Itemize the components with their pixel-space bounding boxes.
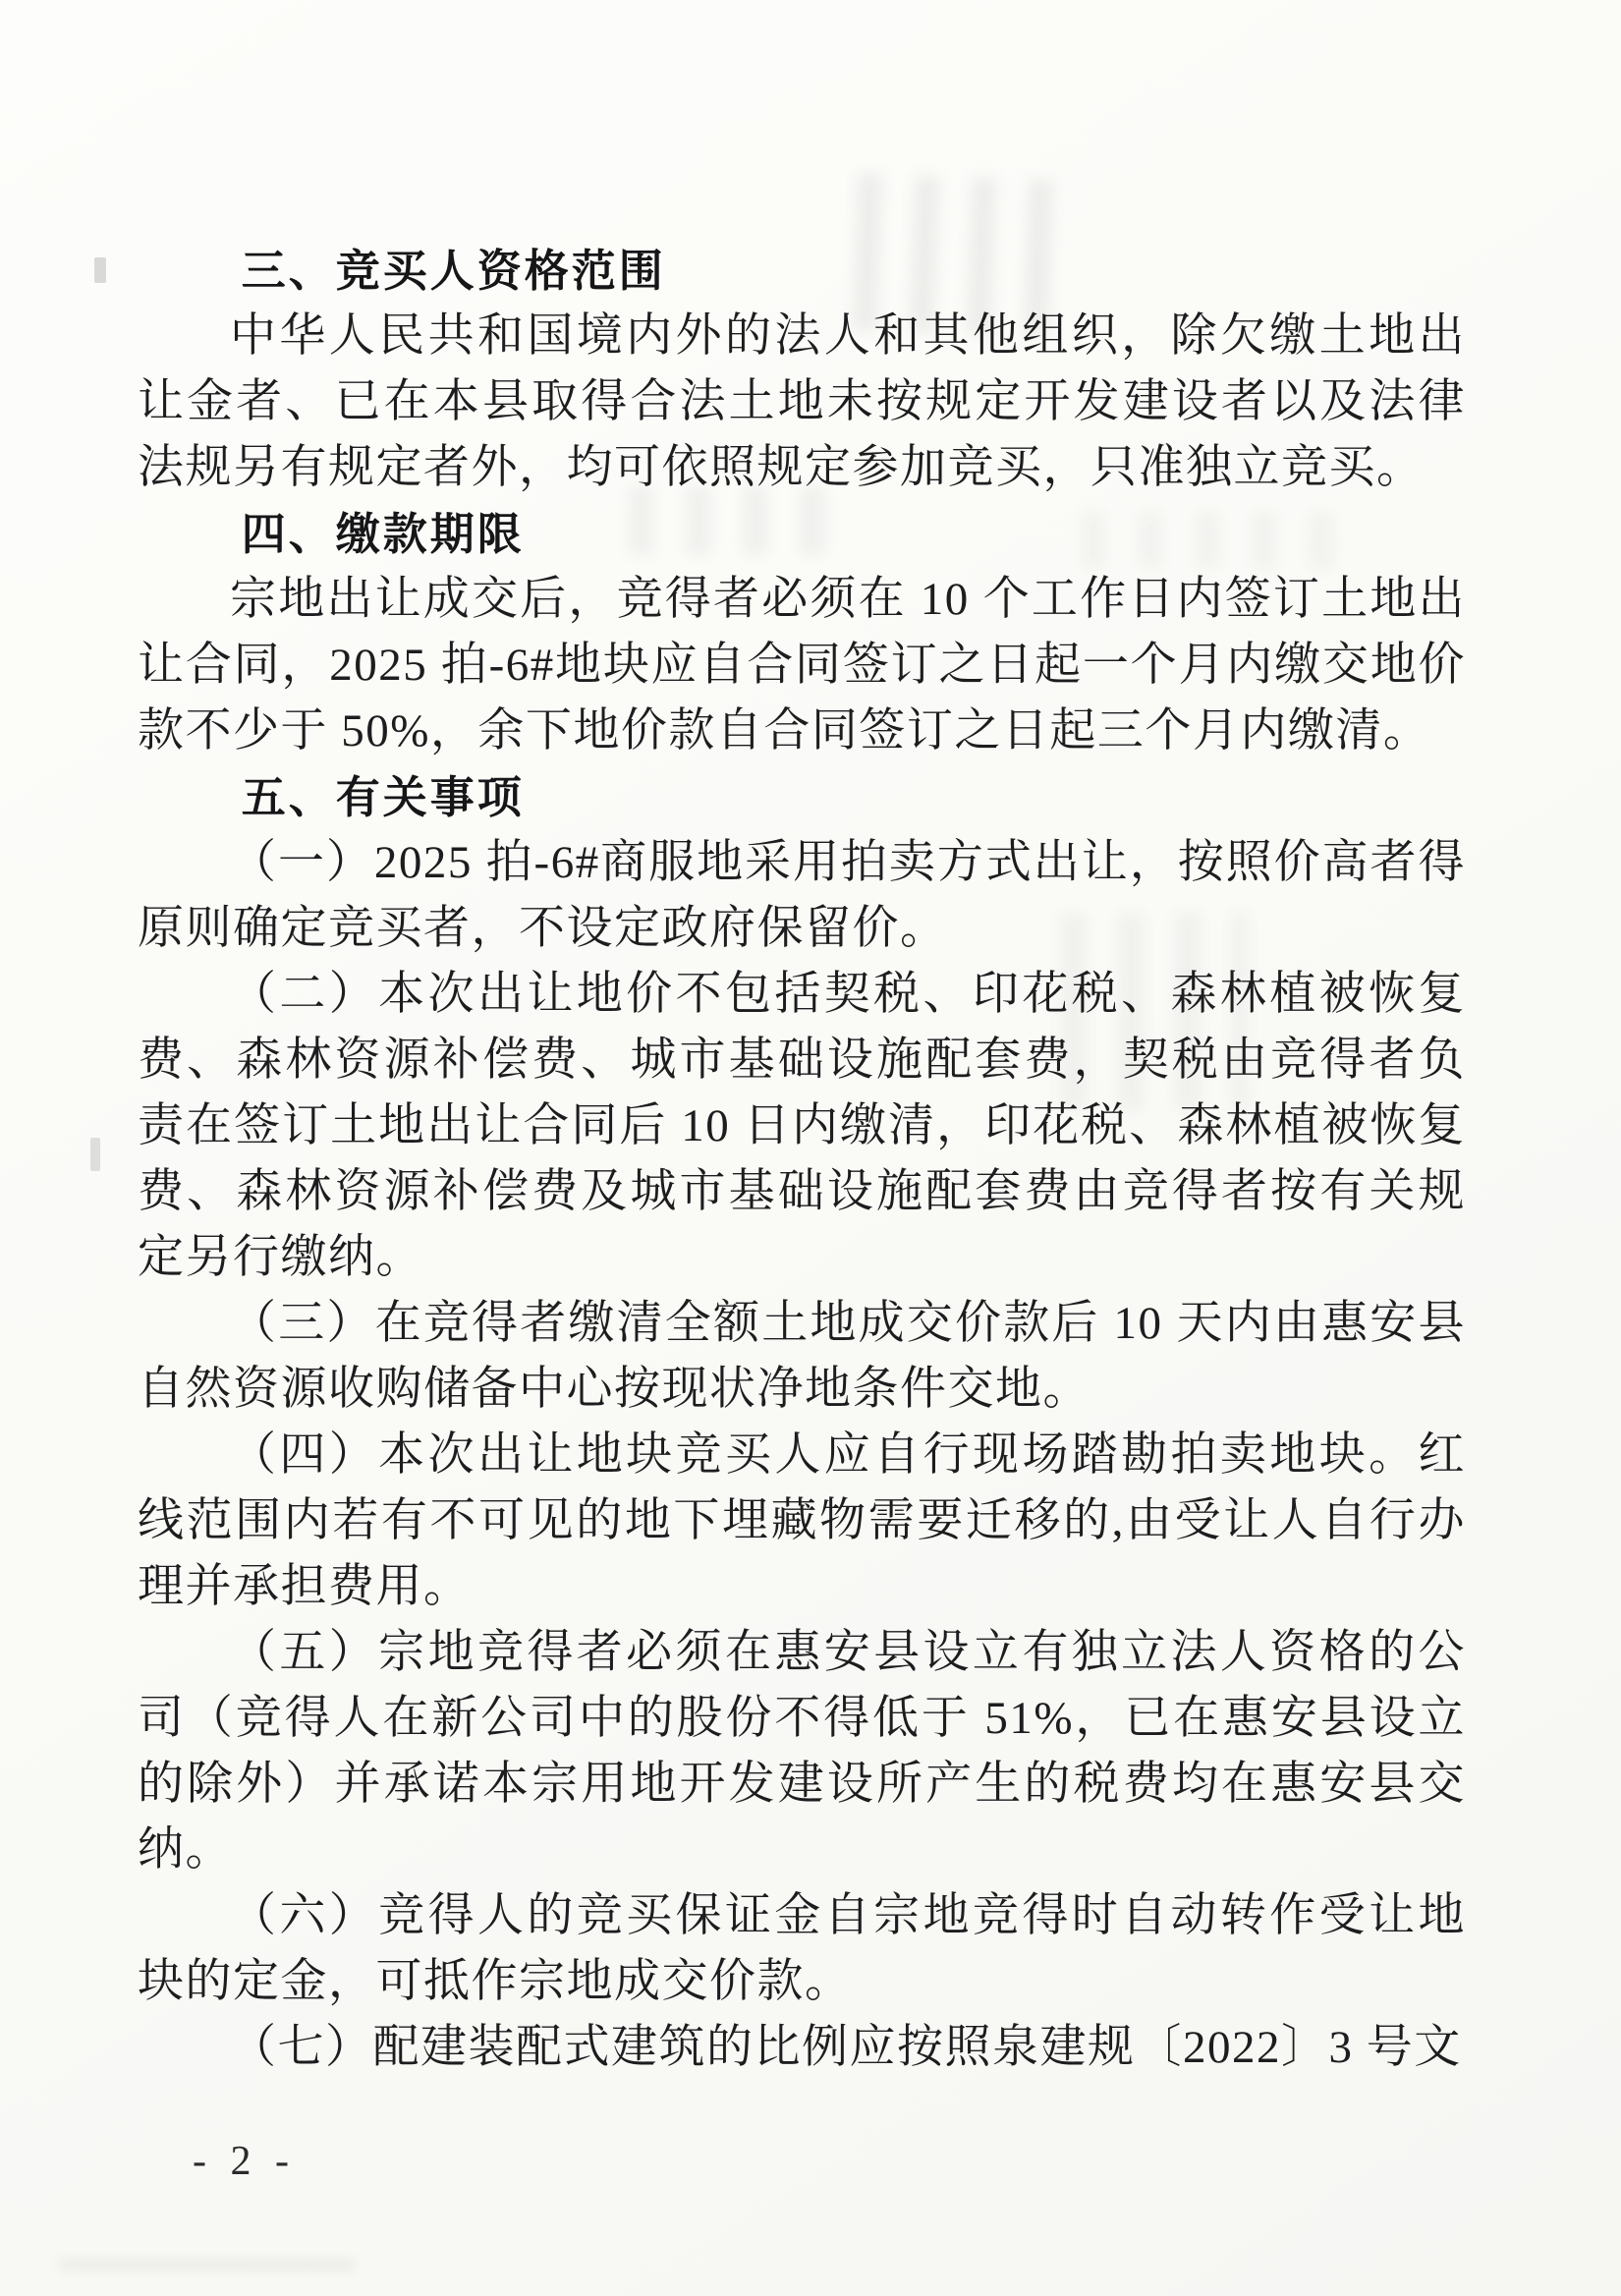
paragraph: （一）2025 拍-6#商服地采用拍卖方式出让，按照价高者得原则确定竞买者，不设… — [138, 830, 1466, 962]
page-number: - 2 - — [193, 2138, 296, 2185]
paragraph: （二）本次出让地价不包括契税、印花税、森林植被恢复费、森林资源补偿费、城市基础设… — [138, 962, 1466, 1291]
scan-speck — [90, 1138, 100, 1171]
document-body: 三、竞买人资格范围中华人民共和国境内外的法人和其他组织，除欠缴土地出让金者、已在… — [138, 238, 1466, 2081]
paragraph: （六）竞得人的竞买保证金自宗地竞得时自动转作受让地块的定金，可抵作宗地成交价款。 — [138, 1883, 1466, 2015]
section-heading: 五、有关事项 — [138, 764, 1466, 830]
paragraph: （五）宗地竞得者必须在惠安县设立有独立法人资格的公司（竞得人在新公司中的股份不得… — [138, 1620, 1466, 1883]
paragraph: （四）本次出让地块竞买人应自行现场踏勘拍卖地块。红线范围内若有不可见的地下埋藏物… — [138, 1423, 1466, 1620]
paragraph: 中华人民共和国境内外的法人和其他组织，除欠缴土地出让金者、已在本县取得合法土地未… — [138, 304, 1466, 501]
paragraph: （三）在竞得者缴清全额土地成交价款后 10 天内由惠安县自然资源收购储备中心按现… — [138, 1291, 1466, 1423]
section-heading: 四、缴款期限 — [138, 501, 1466, 567]
scan-speck — [59, 2260, 354, 2269]
section-heading: 三、竞买人资格范围 — [138, 238, 1466, 304]
paragraph: 宗地出让成交后，竞得者必须在 10 个工作日内签订土地出让合同，2025 拍-6… — [138, 567, 1466, 764]
scan-speck — [94, 257, 106, 283]
paragraph: （七）配建装配式建筑的比例应按照泉建规〔2022〕3 号文 — [138, 2015, 1466, 2081]
document-page: 三、竞买人资格范围中华人民共和国境内外的法人和其他组织，除欠缴土地出让金者、已在… — [0, 0, 1621, 2296]
